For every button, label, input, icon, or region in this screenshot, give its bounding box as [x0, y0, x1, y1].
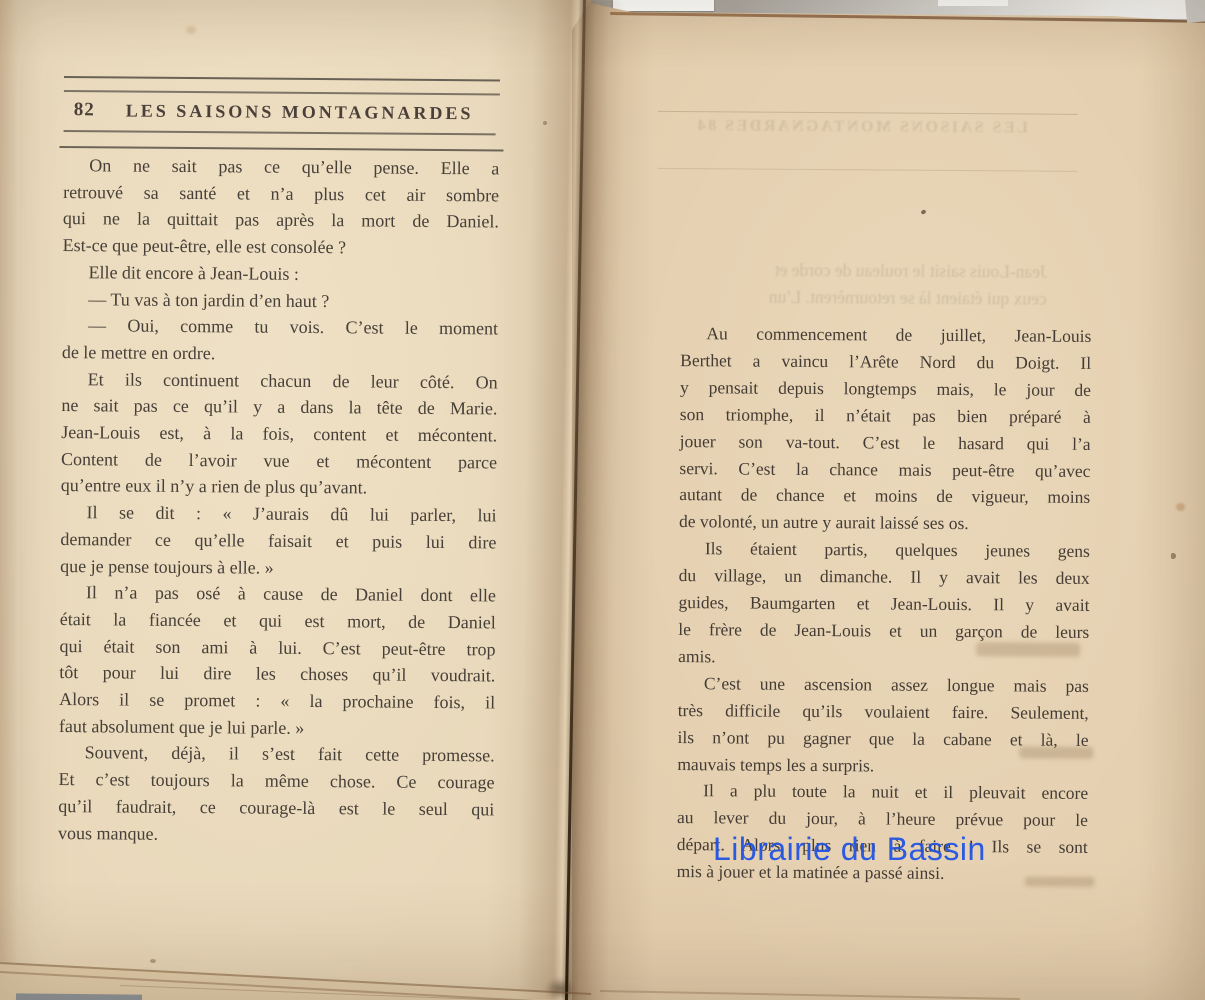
text-line: vous manque.	[58, 820, 494, 850]
text-line: Il n’a pas osé à cause de Daniel dont el…	[60, 579, 496, 609]
text-line: était la fiancée et qui est mort, de Dan…	[60, 606, 496, 636]
text-line: qu’entre eux il n’y a rien de plus qu’av…	[61, 472, 497, 502]
text-line: qu’il faudrait, ce courage-là est le seu…	[58, 793, 494, 823]
text-line: de volonté, un autre y aurait laissé ses…	[679, 508, 1090, 538]
librairie-watermark: Librairie du Bassin	[713, 831, 986, 868]
gutter-shadow	[517, 0, 626, 1000]
text-line: Berthet a vaincu l’Arête Nord du Doigt. …	[680, 347, 1091, 377]
header-rule-top-thick	[64, 76, 500, 82]
bookmark-slip	[613, 0, 714, 11]
text-line: Alors il se promet : « la prochaine fois…	[59, 686, 495, 716]
fox-spot	[186, 26, 196, 34]
header-rule-bottom-1	[64, 130, 496, 135]
text-line: de le mettre en ordre.	[62, 339, 498, 369]
showthrough-text: Jean-Louis saisit le rouleau de corde et…	[655, 256, 1047, 313]
text-line: amis.	[678, 643, 1089, 673]
text-line: Elle dit encore à Jean-Louis :	[62, 259, 498, 289]
text-line: On ne sait pas ce qu’elle pense. Elle a	[63, 152, 499, 182]
left-page-text: On ne sait pas ce qu’elle pense. Elle ar…	[58, 152, 499, 850]
text-line: mauvais temps les a surpris.	[677, 751, 1088, 781]
text-line: Et c’est toujours la même chose. Ce cour…	[58, 766, 494, 796]
fox-spot	[1171, 553, 1176, 559]
text-line: ils n’ont pu gagner que la cabane et là,…	[677, 724, 1088, 754]
fox-spot	[1176, 503, 1185, 511]
fox-spot	[836, 465, 842, 470]
book-photo: 82 LES SAISONS MONTAGNARDES On ne sait p…	[0, 0, 1205, 1000]
gutter-bottom-shadow	[545, 978, 575, 1000]
text-line: très difficile qu’ils voulaient faire. S…	[678, 697, 1089, 727]
text-line: au lever du jour, à l’heure prévue pour …	[677, 804, 1088, 834]
text-line: Il a plu toute la nuit et il pleuvait en…	[677, 777, 1088, 807]
showthrough-line: ceux qui étaient là se retournèrent. L’u…	[655, 283, 1047, 313]
page-corner	[1185, 0, 1205, 23]
text-line: Jean-Louis est, à la fois, content et mé…	[61, 419, 497, 449]
text-line: Et ils continuent chacun de leur côté. O…	[62, 366, 498, 396]
showthrough-rule-1	[658, 111, 1078, 115]
text-line: autant de chance et moins de vigueur, mo…	[679, 481, 1090, 511]
text-line: Il se dit : « J’aurais dû lui parler, lu…	[60, 499, 496, 529]
text-line: Souvent, déjà, il s’est fait cette prome…	[59, 739, 495, 769]
showthrough-rule-2	[658, 168, 1078, 172]
text-line: — Tu vas à ton jardin d’en haut ?	[62, 286, 498, 316]
text-line: jouer son va-tout. C’est le hasard qui l…	[680, 428, 1091, 458]
text-line: retrouvé sa santé et n’a plus cet air so…	[63, 179, 499, 209]
page-number: 82	[74, 99, 95, 121]
fox-spot	[543, 121, 547, 125]
running-header: 82 LES SAISONS MONTAGNARDES	[64, 99, 500, 130]
fox-spot	[150, 959, 156, 963]
header-rule-top-thin	[64, 90, 500, 95]
text-line: Au commencement de juillet, Jean-Louis	[680, 320, 1091, 350]
text-line: demander ce qu’elle faisait et puis lui …	[60, 526, 496, 556]
text-line: Content de l’avoir vue et mécontent parc…	[61, 446, 497, 476]
text-line: Ils étaient partis, quelques jeunes gens	[679, 535, 1090, 565]
bookmark-slip-small	[938, 0, 1008, 6]
text-line: guides, Baumgarten et Jean-Louis. Il y a…	[678, 589, 1089, 619]
text-line: ne sait pas ce qu’il y a dans la tête de…	[61, 392, 497, 422]
header-rule-bottom-2	[59, 146, 503, 151]
text-line: qui ne la quittait pas après la mort de …	[63, 205, 499, 235]
showthrough-line: Jean-Louis saisit le rouleau de corde et	[655, 256, 1047, 286]
text-line: qui était son ami à lui. C’est peut-être…	[59, 633, 495, 663]
book-cover-edge	[16, 993, 142, 1000]
text-line: Est-ce que peut-être, elle est consolée …	[63, 232, 499, 262]
text-line: C’est une ascension assez longue mais pa…	[678, 670, 1089, 700]
text-line: tôt pour lui dire les choses qu’il voudr…	[59, 659, 495, 689]
text-line: le frère de Jean-Louis et un garçon de l…	[678, 616, 1089, 646]
text-line: du village, un dimanche. Il y avait les …	[679, 562, 1090, 592]
left-page: 82 LES SAISONS MONTAGNARDES On ne sait p…	[0, 0, 591, 1000]
running-title: LES SAISONS MONTAGNARDES	[126, 101, 474, 125]
showthrough-running-title: LES SAISONS MONTAGNARDES 84	[688, 117, 1028, 137]
text-line: y pensait depuis longtemps mais, le jour…	[680, 374, 1091, 404]
right-page-text: Au commencement de juillet, Jean-LouisBe…	[677, 320, 1092, 888]
text-line: son triomphe, il n’était pas bien prépar…	[680, 401, 1091, 431]
text-line: servi. C’est la chance mais peut-être qu…	[679, 455, 1090, 485]
text-line: que je pense toujours à elle. »	[60, 553, 496, 583]
text-line: — Oui, comme tu vois. C’est le moment	[62, 312, 498, 342]
text-line: faut absolument que je lui parle. »	[59, 713, 495, 743]
